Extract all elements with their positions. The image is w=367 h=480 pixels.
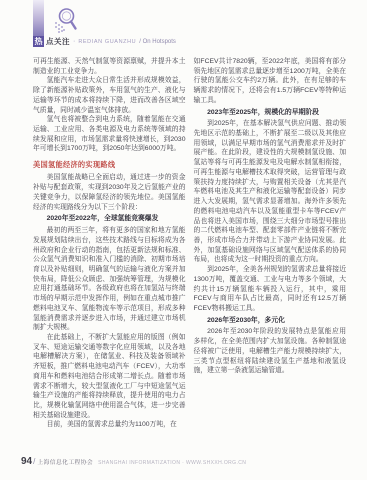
left-column: 可再生能源、天然气制氢等资源禀赋，并提升本土制造业的工业竞争力。 氢能汽车走进大… — [33, 57, 186, 430]
kicker-english: / On Hotspots — [139, 39, 176, 45]
subsection-heading: 2026年至2030年，多元化 — [194, 316, 347, 326]
kicker-title: 点关注 — [46, 36, 70, 47]
article-paragraph: 2026年至2030年阶段的发展特点是氢能应用多样化，在全美范围内扩大加氢设施。… — [194, 327, 347, 376]
article-paragraph: 到2025年，在基本解决氢气供应问题、推动领先地区示范的基础上，不断扩展至二级以… — [194, 119, 347, 265]
kicker-tab: 热 — [33, 36, 44, 47]
search-icon — [51, 5, 78, 40]
article-paragraph: 到2025年，全美各州规划的氢需求总量将接近1300万吨，覆盖交通、工业与电力等… — [194, 265, 347, 314]
journal-name: 上海信息化工程协会 — [37, 457, 93, 466]
footer-slash: / — [33, 457, 35, 466]
article-paragraph: 在此基础上，不断扩大氢能应用的版图（例如叉车、短途运输交通等数字化应用领域，以及… — [33, 333, 186, 420]
article-paragraph: 如FCEV共计7820辆，至2022年底，美国将有部分领先地区的氢需求总量逐步增… — [194, 57, 347, 106]
page-kicker: 热 点关注 · REDIAN GUANZHU / On Hotspots — [33, 36, 176, 47]
page-footer: 94 / 上海信息化工程协会 SHANGHAI INFORMATIZATION … — [21, 456, 246, 467]
article-body: 可再生能源、天然气制氢等资源禀赋，并提升本土制造业的工业竞争力。 氢能汽车走进大… — [33, 57, 346, 430]
subsection-heading: 2023年至2025年，规模化的早期阶段 — [194, 108, 347, 118]
accent-gradient-bar — [33, 0, 44, 36]
journal-meta: SHANGHAI INFORMATIZATION · WWW.SHXXH.ORG… — [98, 460, 246, 466]
article-paragraph: 可再生能源、天然气制氢等资源禀赋，并提升本土制造业的工业竞争力。 — [33, 57, 186, 76]
article-paragraph: 美国氢能战略已全面启动，通过进一步的资金补贴与配套政策，实现到2030年及之后氢… — [33, 173, 186, 212]
page-number: 94 — [21, 456, 32, 467]
magazine-page: 热 点关注 · REDIAN GUANZHU / On Hotspots 可再生… — [0, 0, 367, 480]
right-column: 如FCEV共计7820辆，至2022年底，美国将有部分领先地区的氢需求总量逐步增… — [194, 57, 347, 430]
kicker-separator: · — [73, 38, 75, 45]
article-paragraph: 氢气也将被整合到电力系统，随着氢能在交通运输、工业应用、各类电源及电力系统等领域… — [33, 115, 186, 154]
article-paragraph: 最初的两至三年，将有更多的国家和地方氢能发展规划陆续出台，这些技术路线与目标将成… — [33, 226, 186, 333]
subsection-heading: 2020年至2022年，全球氢能竞赛爆发 — [33, 214, 186, 224]
kicker-pinyin: REDIAN GUANZHU — [78, 39, 136, 45]
section-heading: 美国氢能经济的实现路线 — [33, 160, 186, 170]
article-paragraph: 目前，美国的氢需求总量约为1100万吨，在 — [33, 420, 186, 430]
article-paragraph: 氢能汽车走进大众日常生活并形成规模效益，除了新能源补贴政策外，车用氢气的生产、液… — [33, 76, 186, 115]
